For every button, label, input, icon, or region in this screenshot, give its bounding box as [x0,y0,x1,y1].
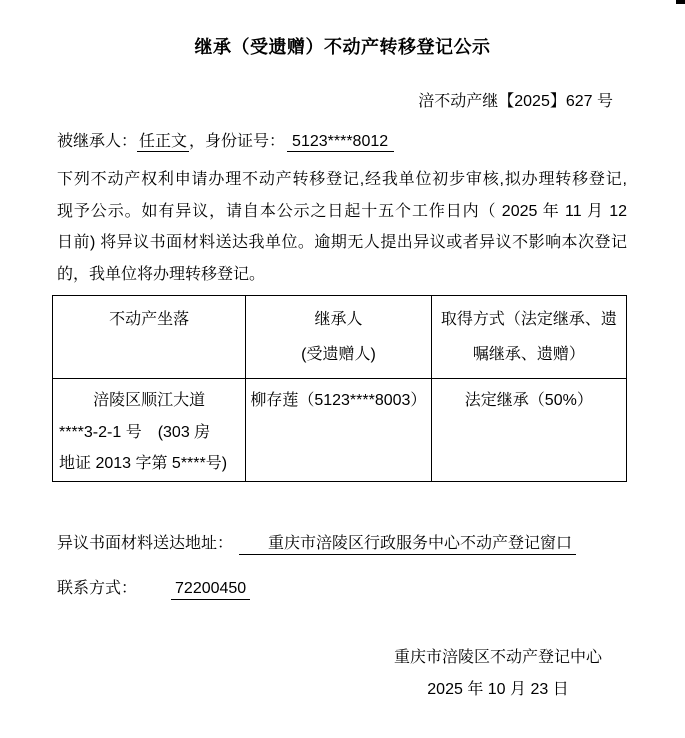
header-property-location: 不动产坐落 [53,296,246,379]
contact-phone-label: 联系方式： [57,580,137,597]
objection-address-line: 异议书面材料送达地址：重庆市涪陵区行政服务中心不动产登记窗口 [57,530,576,553]
id-number-label: ，身份证号： [189,133,285,150]
cell-heir: 柳存莲（5123****8003） [246,379,431,482]
deceased-name: 任正文 [137,133,189,152]
signature-block: 重庆市涪陵区不动产登记中心 2025 年 10 月 23 日 [377,642,619,705]
header-text: 继承人 [251,302,425,337]
cell-acquisition-method: 法定继承（50%） [431,379,626,482]
header-heir: 继承人 (受遗赠人) [246,296,431,379]
header-acquisition-method: 取得方式（法定继承、遗 嘱继承、遗赠） [431,296,626,379]
contact-phone-line: 联系方式：72200450 [57,575,250,598]
notice-document: 继承（受遗赠）不动产转移登记公示 涪不动产继【2025】627 号 被继承人：任… [0,0,685,738]
contact-phone-value: 72200450 [171,580,250,600]
header-text: 嘱继承、遗赠） [437,337,621,372]
deceased-line: 被继承人：任正文，身份证号：5123****8012 [57,128,394,151]
table-header-row: 不动产坐落 继承人 (受遗赠人) 取得方式（法定继承、遗 嘱继承、遗赠） [53,296,627,379]
objection-address-value: 重庆市涪陵区行政服务中心不动产登记窗口 [239,535,576,555]
scan-artifact-mark [676,0,685,4]
notice-line: 日前) 将异议书面材料送达我单位。逾期无人提出异议或者异议不影响本次登记 [57,227,627,259]
page-title: 继承（受遗赠）不动产转移登记公示 [0,33,685,59]
table-row: 涪陵区顺江大道 ****3-2-1 号 (303 房 地证 2013 字第 5*… [53,379,627,482]
notice-line: 现予公示。如有异议，请自本公示之日起十五个工作日内（ 2025 年 11 月 1… [57,196,627,228]
deceased-id-number: 5123****8012 [287,133,394,152]
registration-table: 不动产坐落 继承人 (受遗赠人) 取得方式（法定继承、遗 嘱继承、遗赠） 涪陵区… [52,295,627,482]
location-line: ****3-2-1 号 (303 房 [59,417,239,449]
notice-line: 的，我单位将办理转移登记。 [57,259,627,291]
notice-line: 下列不动产权利申请办理不动产转移登记,经我单位初步审核,拟办理转移登记, [57,164,627,196]
issuing-organization: 重庆市涪陵区不动产登记中心 [377,642,619,674]
header-text: 取得方式（法定继承、遗 [437,302,621,337]
issue-date: 2025 年 10 月 23 日 [377,674,619,706]
header-text: 不动产坐落 [58,302,240,337]
location-line: 地证 2013 字第 5****号) [59,448,239,480]
notice-paragraph: 下列不动产权利申请办理不动产转移登记,经我单位初步审核,拟办理转移登记, 现予公… [57,164,627,290]
deceased-label: 被继承人： [57,133,137,150]
location-line: 涪陵区顺江大道 [59,385,239,417]
header-text: (受遗赠人) [251,337,425,372]
objection-address-label: 异议书面材料送达地址： [57,535,233,552]
document-number: 涪不动产继【2025】627 号 [418,88,613,111]
cell-property-location: 涪陵区顺江大道 ****3-2-1 号 (303 房 地证 2013 字第 5*… [53,379,246,482]
